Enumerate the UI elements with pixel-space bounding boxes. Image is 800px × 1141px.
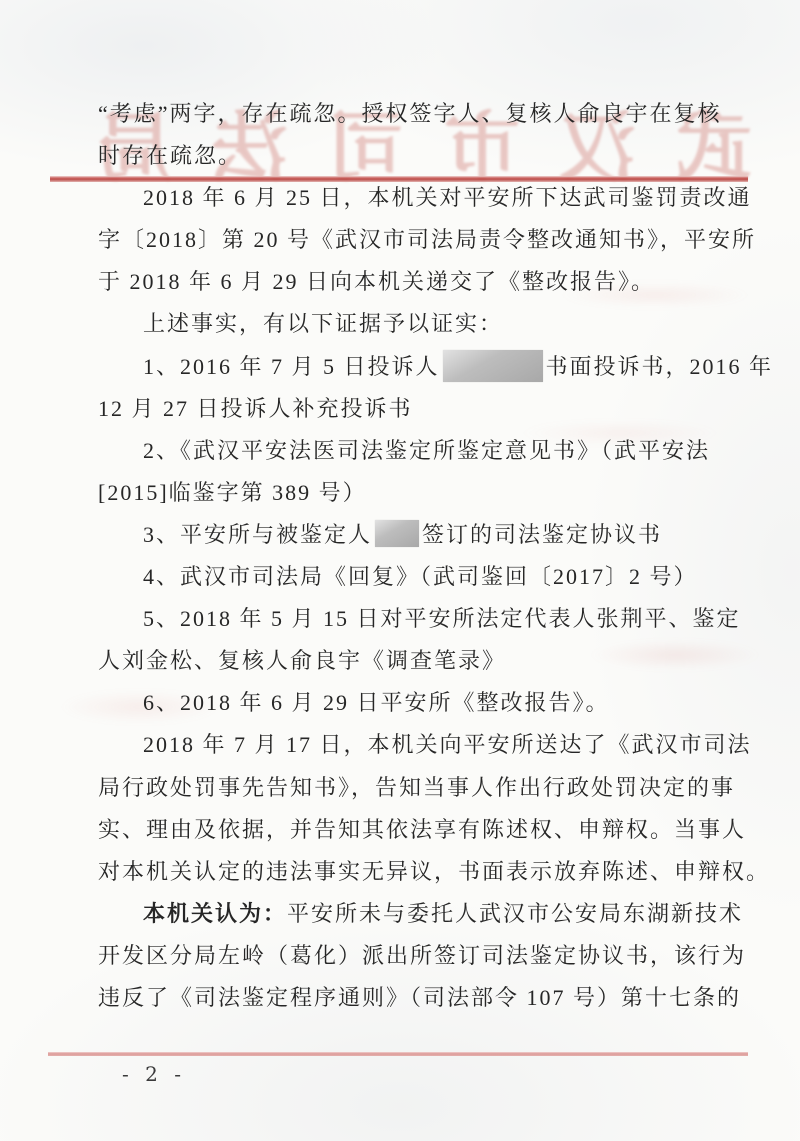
bold-lead-in: 本机关认为：: [143, 901, 287, 926]
line-text: 字〔2018〕第 20 号《武汉市司法局责令整改通知书》，平安所: [98, 227, 756, 252]
line-text: 2018 年 7 月 17 日，本机关向平安所送达了《武汉市司法: [143, 732, 752, 757]
redaction-box: [443, 350, 543, 382]
line-text: 时存在疏忽。: [98, 143, 242, 168]
line-text: [2015]临鉴字第 389 号）: [98, 480, 367, 505]
document-line: 于 2018 年 6 月 29 日向本机关递交了《整改报告》。: [98, 261, 758, 303]
line-text: 违反了《司法鉴定程序通则》（司法部令 107 号）第十七条的: [98, 985, 741, 1010]
document-line: 上述事实，有以下证据予以证实：: [98, 303, 758, 345]
footer-rule: [48, 1052, 748, 1056]
line-text: 12 月 27 日投诉人补充投诉书: [98, 396, 413, 421]
document-line: “考虑”两字，存在疏忽。授权签字人、复核人俞良宇在复核: [98, 93, 758, 135]
document-line: 4、武汉市司法局《回复》（武司鉴回〔2017〕2 号）: [98, 556, 758, 598]
line-text: 3、平安所与被鉴定人: [143, 522, 372, 547]
line-text: 人刘金松、复核人俞良宇《调查笔录》: [98, 648, 506, 673]
line-text: 2、《武汉平安法医司法鉴定所鉴定意见书》（武平安法: [143, 438, 710, 463]
line-text: 平安所未与委托人武汉市公安局东湖新技术: [287, 901, 743, 926]
document-line: 3、平安所与被鉴定人签订的司法鉴定协议书: [98, 514, 758, 556]
document-line: 时存在疏忽。: [98, 135, 758, 177]
document-line: 1、2016 年 7 月 5 日投诉人书面投诉书，2016 年: [98, 346, 758, 388]
line-text: 局行政处罚事先告知书》，告知当事人作出行政处罚决定的事: [98, 775, 735, 800]
document-line: 2、《武汉平安法医司法鉴定所鉴定意见书》（武平安法: [98, 430, 758, 472]
document-line: 局行政处罚事先告知书》，告知当事人作出行政处罚决定的事: [98, 767, 758, 809]
document-line: 对本机关认定的违法事实无异议，书面表示放弃陈述、申辩权。: [98, 851, 758, 893]
document-line: [2015]临鉴字第 389 号）: [98, 472, 758, 514]
line-text: 5、2018 年 5 月 15 日对平安所法定代表人张荆平、鉴定: [143, 606, 741, 631]
line-text-after-redaction: 签订的司法鉴定协议书: [422, 522, 662, 547]
document-line: 12 月 27 日投诉人补充投诉书: [98, 388, 758, 430]
document-line: 字〔2018〕第 20 号《武汉市司法局责令整改通知书》，平安所: [98, 219, 758, 261]
line-text-after-redaction: 书面投诉书，2016 年: [546, 354, 774, 379]
document-line: 本机关认为：平安所未与委托人武汉市公安局东湖新技术: [98, 893, 758, 935]
line-text: 于 2018 年 6 月 29 日向本机关递交了《整改报告》。: [98, 269, 655, 294]
line-text: 实、理由及依据，并告知其依法享有陈述权、申辩权。当事人: [98, 817, 746, 842]
line-text: 上述事实，有以下证据予以证实：: [143, 311, 503, 336]
line-text: 1、2016 年 7 月 5 日投诉人: [143, 354, 440, 379]
line-text: 6、2018 年 6 月 29 日平安所《整改报告》。: [143, 690, 610, 715]
document-line: 人刘金松、复核人俞良宇《调查笔录》: [98, 640, 758, 682]
document-line: 开发区分局左岭（葛化）派出所签订司法鉴定协议书，该行为: [98, 935, 758, 977]
document-line: 2018 年 7 月 17 日，本机关向平安所送达了《武汉市司法: [98, 724, 758, 766]
line-text: 开发区分局左岭（葛化）派出所签订司法鉴定协议书，该行为: [98, 943, 746, 968]
redaction-box: [375, 520, 419, 547]
document-line: 违反了《司法鉴定程序通则》（司法部令 107 号）第十七条的: [98, 977, 758, 1019]
line-text: “考虑”两字，存在疏忽。授权签字人、复核人俞良宇在复核: [98, 101, 722, 126]
document-body: “考虑”两字，存在疏忽。授权签字人、复核人俞良宇在复核时存在疏忽。2018 年 …: [98, 93, 758, 1019]
document-line: 5、2018 年 5 月 15 日对平安所法定代表人张荆平、鉴定: [98, 598, 758, 640]
document-line: 6、2018 年 6 月 29 日平安所《整改报告》。: [98, 682, 758, 724]
line-text: 4、武汉市司法局《回复》（武司鉴回〔2017〕2 号）: [143, 564, 698, 589]
document-line: 2018 年 6 月 25 日，本机关对平安所下达武司鉴罚责改通: [98, 177, 758, 219]
line-text: 2018 年 6 月 25 日，本机关对平安所下达武司鉴罚责改通: [143, 185, 752, 210]
line-text: 对本机关认定的违法事实无异议，书面表示放弃陈述、申辩权。: [98, 859, 770, 884]
page-number: - 2 -: [122, 1062, 186, 1086]
document-line: 实、理由及依据，并告知其依法享有陈述权、申辩权。当事人: [98, 809, 758, 851]
